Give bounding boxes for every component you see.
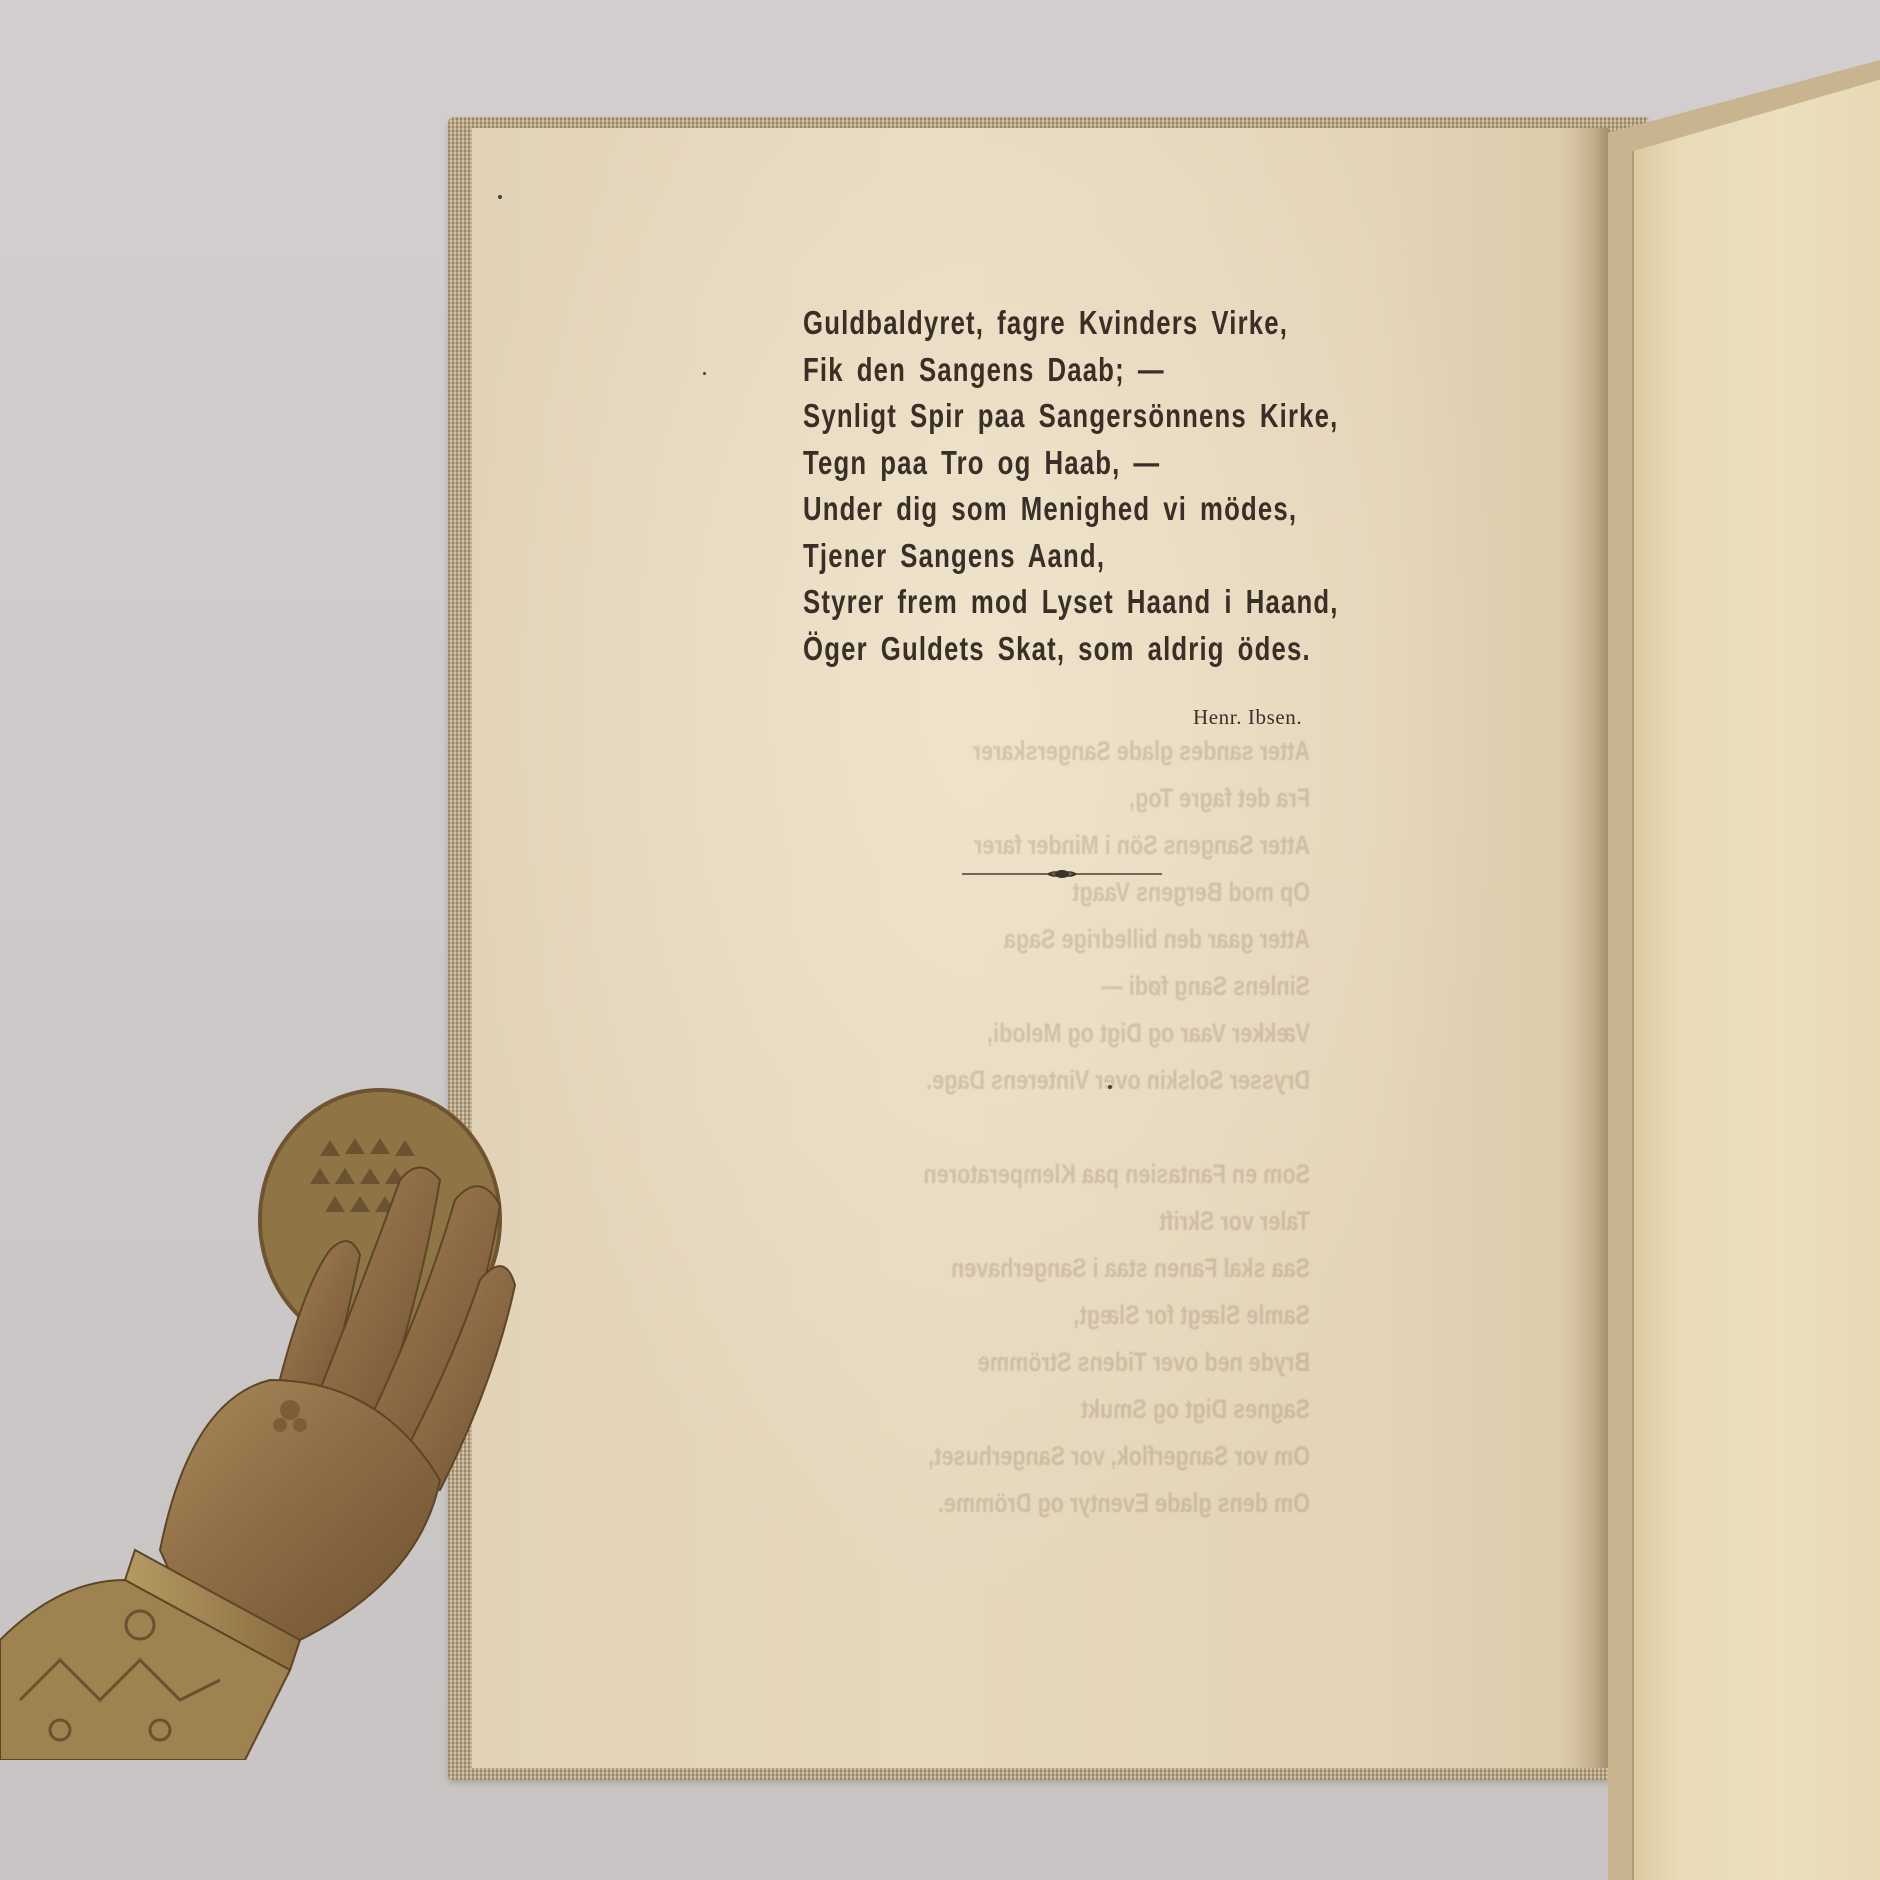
- brass-hand-clip-icon: [0, 1080, 520, 1760]
- poem-line: Fik den Sangens Daab; —: [803, 347, 1339, 394]
- poem-line: Guldbaldyret, fagre Kvinders Virke,: [803, 300, 1339, 347]
- ghost-line: Om dens glade Eventyr og Drömme.: [910, 1480, 1310, 1527]
- poem-line: Under dig som Menighed vi mödes,: [803, 486, 1339, 533]
- ghost-line: Samle Slægt for Slægt,: [910, 1292, 1310, 1339]
- ghost-line: Bryde ned over Tidens Strömme: [910, 1339, 1310, 1386]
- ghost-line: Taler vor Skrift: [910, 1198, 1310, 1245]
- right-page: [1632, 70, 1880, 1880]
- ghost-line: Vækker Vaar og Digt og Melodi,: [910, 1010, 1310, 1057]
- poem-signature: Henr. Ibsen.: [1193, 705, 1302, 730]
- paper-speck: [1108, 1085, 1112, 1089]
- gutter-shadow: [1560, 128, 1608, 1768]
- poem-line: Tjener Sangens Aand,: [803, 533, 1339, 580]
- ghost-line: Fra det fagre Tog,: [910, 775, 1310, 822]
- show-through-text: Atter sandes glade Sangerskarer Fra det …: [910, 728, 1310, 1527]
- ghost-line: Som en Fantasien paa Klemperatoren: [910, 1151, 1310, 1198]
- poem-line: Tegn paa Tro og Haab, —: [803, 440, 1339, 487]
- ghost-line: Om vor Sangerflok, vor Sangerhuset,: [910, 1433, 1310, 1480]
- poem-line: Synligt Spir paa Sangersönnens Kirke,: [803, 393, 1339, 440]
- paper-speck: [703, 372, 706, 375]
- ornament-rule-icon: [962, 867, 1162, 881]
- poem: Guldbaldyret, fagre Kvinders Virke, Fik …: [803, 300, 1339, 672]
- ghost-line: Atter Sangens Sön i Minder farer: [910, 822, 1310, 869]
- ghost-line: Atter gaar den billedrige Saga: [910, 916, 1310, 963]
- poem-line: Styrer frem mod Lyset Haand i Haand,: [803, 579, 1339, 626]
- ghost-line: Drysser Solskin over Vinterens Dage.: [910, 1057, 1310, 1104]
- poem-line: Öger Guldets Skat, som aldrig ödes.: [803, 626, 1339, 673]
- ghost-line: Sinlens Sang fødi —: [910, 963, 1310, 1010]
- ghost-line: [910, 1104, 1310, 1151]
- paper-speck: [498, 195, 502, 199]
- ghost-line: Sagnes Digt og Smukt: [910, 1386, 1310, 1433]
- ghost-line: Atter sandes glade Sangerskarer: [910, 728, 1310, 775]
- ghost-line: Saa skal Fanen staa i Sangerhaven: [910, 1245, 1310, 1292]
